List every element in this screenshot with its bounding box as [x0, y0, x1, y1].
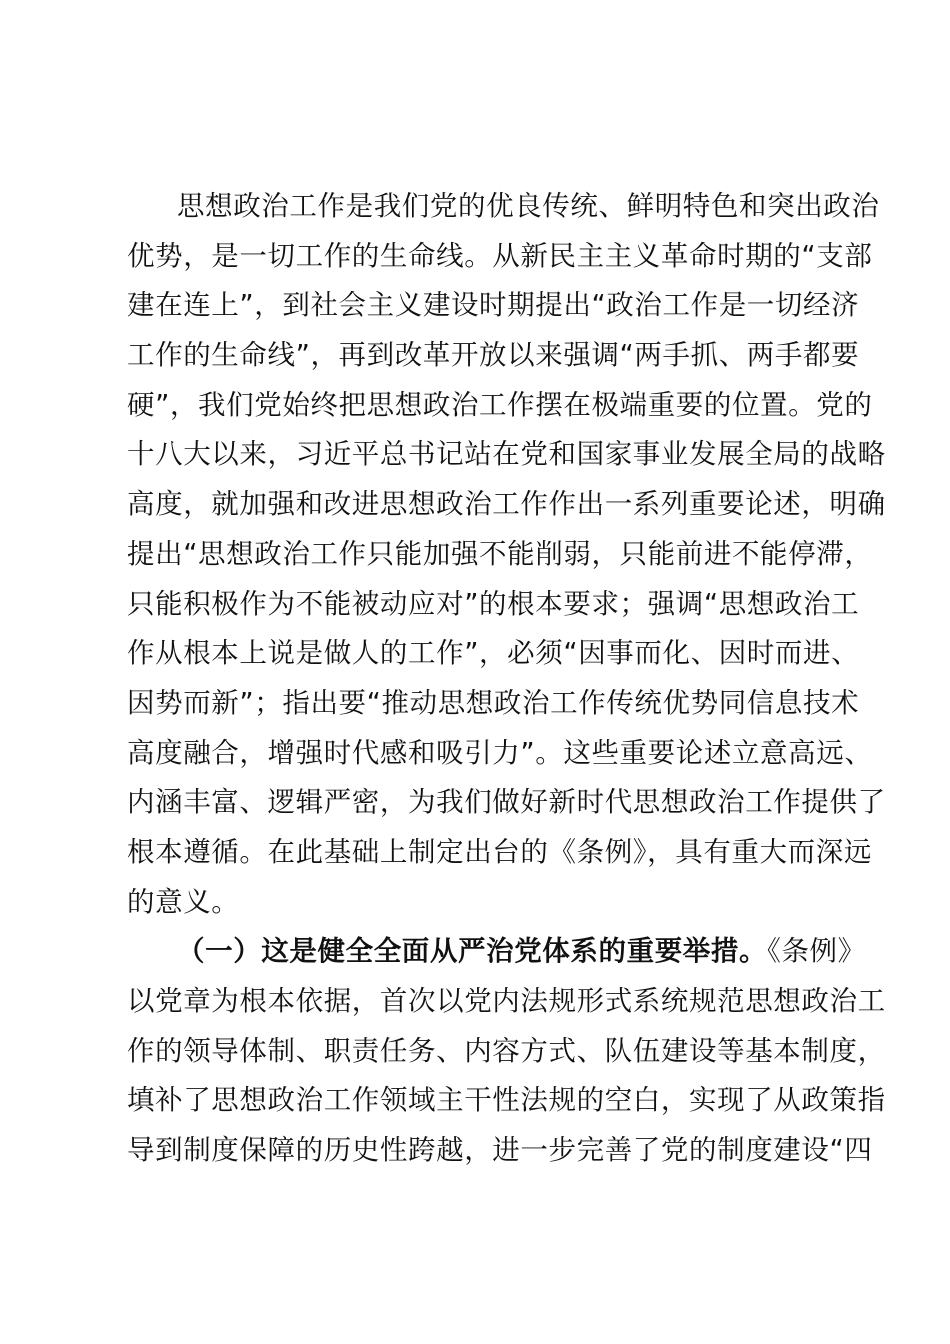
text-line: 建在连上”，到社会主义建设时期提出“政治工作是一切经济 [127, 281, 835, 331]
text-line: 硬”，我们党始终把思想政治工作摆在极端重要的位置。党的 [127, 381, 835, 431]
text-line: 只能积极作为不能被动应对”的根本要求；强调“思想政治工 [127, 580, 835, 630]
document-page: 思想政治工作是我们党的优良传统、鲜明特色和突出政治 优势，是一切工作的生命线。从… [0, 0, 950, 1344]
paragraph-section-1: （一）这是健全全面从严治党体系的重要举措。《条例》 以党章为根本依据，首次以党内… [127, 927, 835, 1175]
text-line: 优势，是一切工作的生命线。从新民主主义革命时期的“支部 [127, 232, 835, 282]
section-heading: （一）这是健全全面从严治党体系的重要举措。 [177, 935, 767, 967]
section-heading-line: （一）这是健全全面从严治党体系的重要举措。《条例》 [127, 927, 835, 977]
text-line: 的意义。 [127, 878, 835, 928]
text-line: 工作的生命线”，再到改革开放以来强调“两手抓、两手都要 [127, 331, 835, 381]
text-line: 因势而新”；指出要“推动思想政治工作传统优势同信息技术 [127, 679, 835, 729]
text-line: 作的领导体制、职责任务、内容方式、队伍建设等基本制度， [127, 1027, 835, 1077]
text-line: 高度，就加强和改进思想政治工作作出一系列重要论述，明确 [127, 480, 835, 530]
heading-tail-text: 《条例》 [767, 935, 866, 967]
paragraph-intro: 思想政治工作是我们党的优良传统、鲜明特色和突出政治 优势，是一切工作的生命线。从… [127, 182, 835, 927]
text-line: 以党章为根本依据，首次以党内法规形式系统规范思想政治工 [127, 977, 835, 1027]
text-line: 内涵丰富、逻辑严密，为我们做好新时代思想政治工作提供了 [127, 778, 835, 828]
document-body: 思想政治工作是我们党的优良传统、鲜明特色和突出政治 优势，是一切工作的生命线。从… [127, 182, 835, 1176]
text-line: 根本遵循。在此基础上制定出台的《条例》，具有重大而深远 [127, 828, 835, 878]
text-line: 作从根本上说是做人的工作”，必须“因事而化、因时而进、 [127, 629, 835, 679]
text-line: 导到制度保障的历史性跨越，进一步完善了党的制度建设“四 [127, 1126, 835, 1176]
text-line: 高度融合，增强时代感和吸引力”。这些重要论述立意高远、 [127, 729, 835, 779]
text-line: 思想政治工作是我们党的优良传统、鲜明特色和突出政治 [127, 182, 835, 232]
text-line: 十八大以来，习近平总书记站在党和国家事业发展全局的战略 [127, 430, 835, 480]
text-line: 提出“思想政治工作只能加强不能削弱，只能前进不能停滞， [127, 530, 835, 580]
text-line: 填补了思想政治工作领域主干性法规的空白，实现了从政策指 [127, 1076, 835, 1126]
